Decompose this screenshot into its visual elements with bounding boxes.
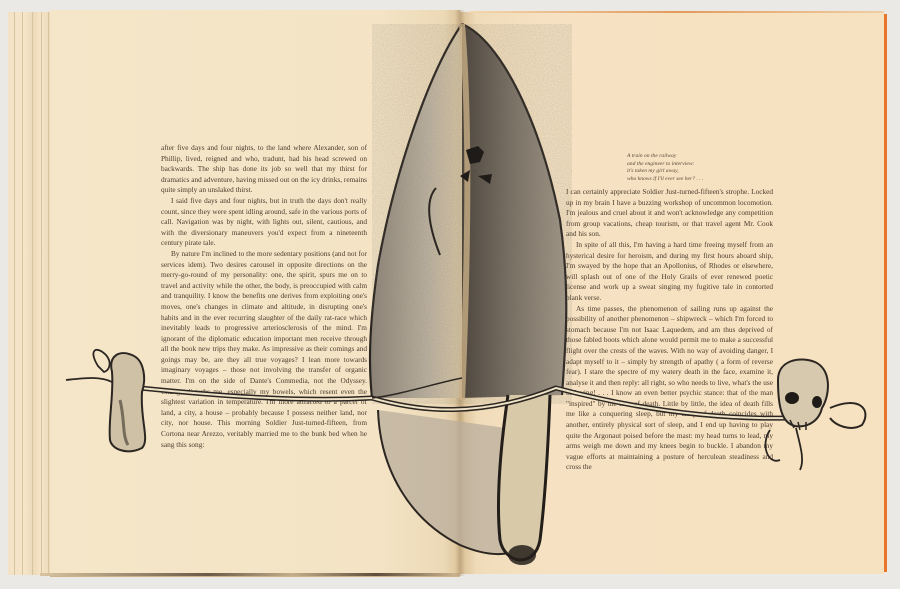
right-page-text: I can certainly appreciate Soldier Just-… — [566, 187, 773, 473]
poem-line: who knows if I'll ever see her? . . . — [627, 176, 747, 184]
poem-line: and the engineer to interview: — [627, 161, 747, 169]
paragraph: By nature I'm inclined to the more seden… — [161, 249, 367, 450]
page-stack-left-edge — [8, 12, 54, 575]
right-page-top-edge — [470, 11, 884, 13]
paragraph: In spite of all this, I'm having a hard … — [566, 240, 773, 304]
left-page-bottom-edge — [40, 573, 460, 576]
poem-line: it's taken my girl away, — [627, 168, 747, 176]
book-edge-orange — [884, 14, 887, 572]
left-page-text: after five days and four nights, to the … — [161, 143, 367, 450]
open-book: after five days and four nights, to the … — [0, 0, 900, 589]
paragraph: after five days and four nights, to the … — [161, 143, 367, 196]
paragraph: I said five days and four nights, but in… — [161, 196, 367, 249]
poem-epigraph: A train on the railway and the engineer … — [627, 153, 747, 183]
paragraph: I can certainly appreciate Soldier Just-… — [566, 187, 773, 240]
paragraph: As time passes, the phenomenon of sailin… — [566, 304, 773, 474]
book-gutter — [455, 10, 465, 576]
poem-line: A train on the railway — [627, 153, 747, 161]
